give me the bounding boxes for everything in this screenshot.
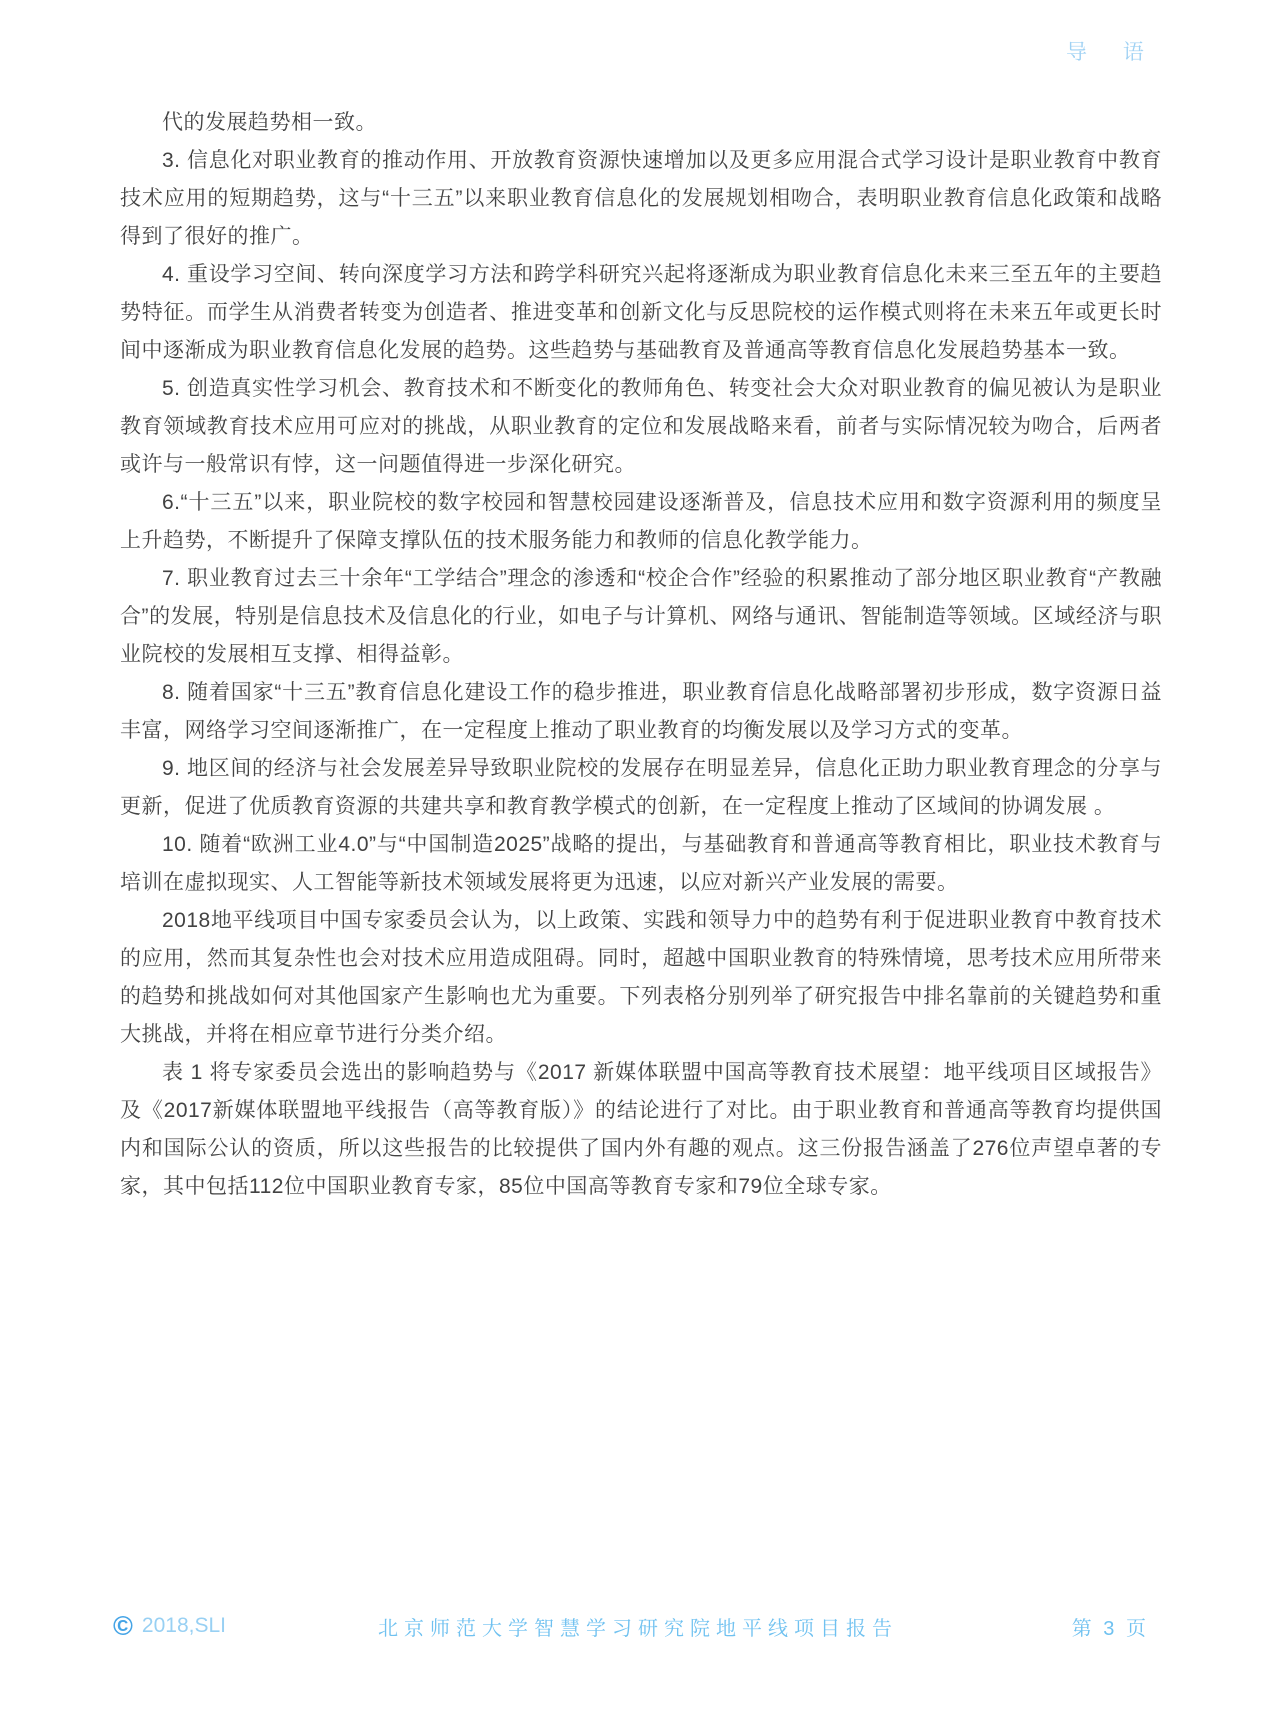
document-page: 导 语 代的发展趋势相一致。 3. 信息化对职业教育的推动作用、开放教育资源快速… <box>0 0 1276 1718</box>
footer-copyright: © 2018,SLI <box>113 1606 226 1646</box>
copyright-text: 2018,SLI <box>142 1614 226 1638</box>
copyright-icon: © <box>113 1613 133 1640</box>
paragraph: 4. 重设学习空间、转向深度学习方法和跨学科研究兴起将逐渐成为职业教育信息化未来… <box>120 256 1162 370</box>
paragraph: 10. 随着“欧洲工业4.0”与“中国制造2025”战略的提出，与基础教育和普通… <box>120 826 1162 902</box>
section-header-label: 导 语 <box>1066 36 1159 66</box>
footer-report-title: 北京师范大学智慧学习研究院地平线项目报告 <box>378 1606 898 1646</box>
paragraph: 6.“十三五”以来，职业院校的数字校园和智慧校园建设逐渐普及，信息技术应用和数字… <box>120 484 1162 560</box>
body-text: 代的发展趋势相一致。 3. 信息化对职业教育的推动作用、开放教育资源快速增加以及… <box>120 104 1162 1206</box>
paragraph: 5. 创造真实性学习机会、教育技术和不断变化的教师角色、转变社会大众对职业教育的… <box>120 370 1162 484</box>
paragraph: 8. 随着国家“十三五”教育信息化建设工作的稳步推进，职业教育信息化战略部署初步… <box>120 674 1162 750</box>
paragraph: 9. 地区间的经济与社会发展差异导致职业院校的发展存在明显差异，信息化正助力职业… <box>120 750 1162 826</box>
footer-page-number: 第 3 页 <box>1072 1606 1149 1646</box>
paragraph: 7. 职业教育过去三十余年“工学结合”理念的渗透和“校企合作”经验的积累推动了部… <box>120 560 1162 674</box>
page-footer: © 2018,SLI 北京师范大学智慧学习研究院地平线项目报告 第 3 页 <box>113 1606 1163 1646</box>
paragraph: 3. 信息化对职业教育的推动作用、开放教育资源快速增加以及更多应用混合式学习设计… <box>120 142 1162 256</box>
paragraph: 表 1 将专家委员会选出的影响趋势与《2017 新媒体联盟中国高等教育技术展望：… <box>120 1054 1162 1206</box>
paragraph: 2018地平线项目中国专家委员会认为，以上政策、实践和领导力中的趋势有利于促进职… <box>120 902 1162 1054</box>
paragraph: 代的发展趋势相一致。 <box>120 104 1162 142</box>
